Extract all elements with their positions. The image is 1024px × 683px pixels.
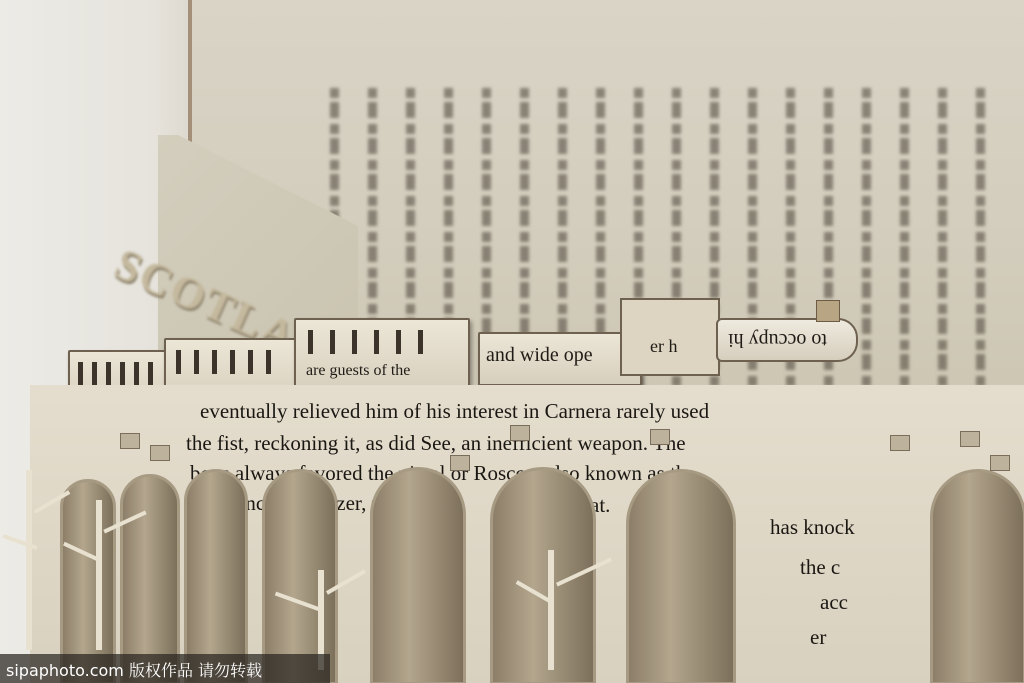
watermark-text: sipaphoto.com 版权作品 请勿转载	[6, 658, 262, 681]
train-carriage-front: are guests of the	[294, 318, 470, 394]
viaduct-arch	[370, 467, 466, 683]
viaduct-arch	[262, 469, 338, 683]
paper-viaduct: eventually relieved him of his interest …	[30, 385, 1024, 683]
viaduct-text-line: has knock	[770, 515, 855, 540]
locomotive-chimney	[816, 300, 840, 322]
viaduct-arch	[930, 469, 1024, 683]
locomotive-boiler: to occupy hi	[716, 318, 858, 362]
paper-tree	[96, 500, 102, 650]
viaduct-text-line: the c	[800, 555, 840, 580]
tender-text: and wide ope	[486, 344, 593, 367]
viaduct-arch	[60, 479, 116, 683]
viaduct-arch	[626, 469, 736, 683]
photo-scene: SCOTLAND are guests of the and wide ope …	[0, 0, 1024, 683]
viaduct-text-line: acc	[820, 590, 848, 615]
viaduct-arch	[120, 474, 180, 683]
watermark-bar: sipaphoto.com 版权作品 请勿转载	[0, 654, 330, 683]
train-tender: and wide ope	[478, 332, 642, 386]
cab-text: er h	[650, 336, 677, 357]
viaduct-text-line: eventually relieved him of his interest …	[200, 399, 709, 424]
paper-tree	[548, 550, 554, 670]
boiler-text: to occupy hi	[728, 328, 827, 351]
viaduct-arch	[184, 469, 248, 683]
carriage-text: are guests of the	[306, 362, 410, 380]
paper-tree	[26, 470, 32, 650]
locomotive-cab: er h	[620, 298, 720, 376]
viaduct-text-line: er	[810, 625, 826, 650]
viaduct-text-line: the fist, reckoning it, as did See, an i…	[186, 431, 686, 456]
